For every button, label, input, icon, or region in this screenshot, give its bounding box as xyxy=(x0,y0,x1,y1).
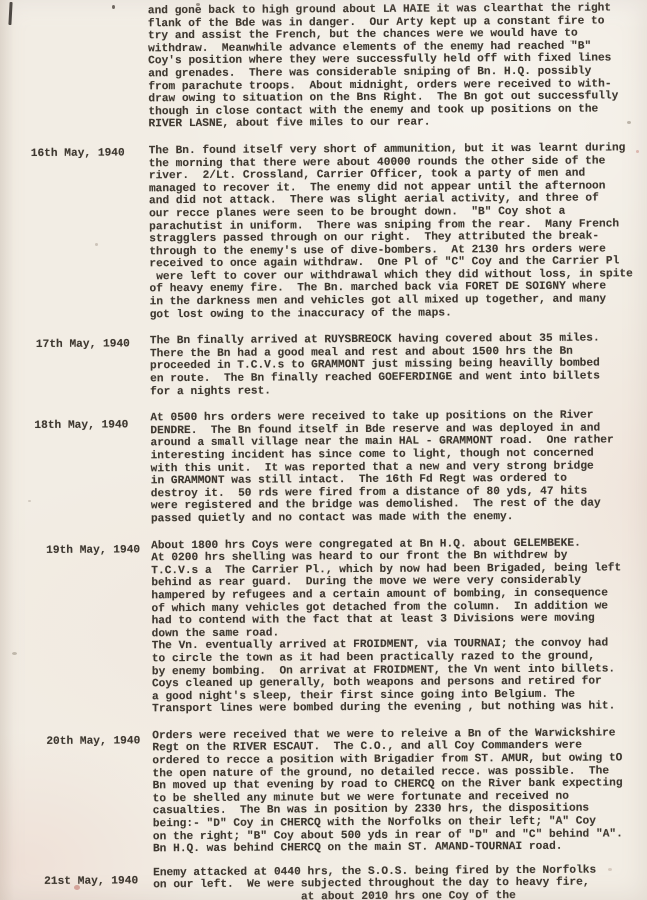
entry-date-label: 17th May, 1940 xyxy=(36,339,130,352)
entry-date-label: 18th May, 1940 xyxy=(34,420,128,433)
entry-text: At 0500 hrs orders were received to take… xyxy=(150,409,643,525)
entry-text: About 1800 hrs Coys were congregated at … xyxy=(151,537,644,716)
entry-date-label: 21st May, 1940 xyxy=(44,875,138,888)
entry-text: The Bn. found itself very short of ammun… xyxy=(149,142,642,321)
diary-entry-17-may: 17th May, 1940 The Bn finally arrived at… xyxy=(0,332,647,399)
continuation-paragraph: and gone back to high ground about LA HA… xyxy=(148,2,641,131)
war-diary-scan-page: and gone back to high ground about LA HA… xyxy=(0,0,647,900)
entry-date-label: 20th May, 1940 xyxy=(46,735,140,748)
entry-date: 19th May, 1940 xyxy=(1,540,151,554)
entry-text: The Bn finally arrived at RUYSBREOCK hav… xyxy=(150,333,642,399)
date-cell-empty xyxy=(0,5,148,6)
entry-date: 18th May, 1940 xyxy=(0,412,150,426)
entry-date-label: 19th May, 1940 xyxy=(46,544,140,557)
entry-continuation: and gone back to high ground about LA HA… xyxy=(0,2,646,132)
entry-date: 16th May, 1940 xyxy=(0,145,149,159)
entry-text: Enemy attacked at 0440 hrs, the S.O.S. b… xyxy=(153,864,645,900)
diary-entry-20-may: 20th May, 1940 Orders were received that… xyxy=(2,727,647,857)
diary-entry-18-may: 18th May, 1940 At 0500 hrs orders were r… xyxy=(0,409,647,526)
entry-date: 20th May, 1940 xyxy=(2,730,152,744)
diary-entry-16-may: 16th May, 1940 The Bn. found itself very… xyxy=(0,142,647,322)
diary-entry-19-may: 19th May, 1940 About 1800 hrs Coys were … xyxy=(1,537,647,717)
typed-sheet: and gone back to high ground about LA HA… xyxy=(0,2,647,900)
entry-date-label: 16th May, 1940 xyxy=(31,147,125,160)
entry-text: Orders were received that we were to rel… xyxy=(152,727,645,856)
entry-date: 21st May, 1940 xyxy=(3,867,153,881)
entry-date: 17th May, 1940 xyxy=(0,336,150,350)
diary-entry-21-may: 21st May, 1940 Enemy attacked at 0440 hr… xyxy=(3,864,647,900)
